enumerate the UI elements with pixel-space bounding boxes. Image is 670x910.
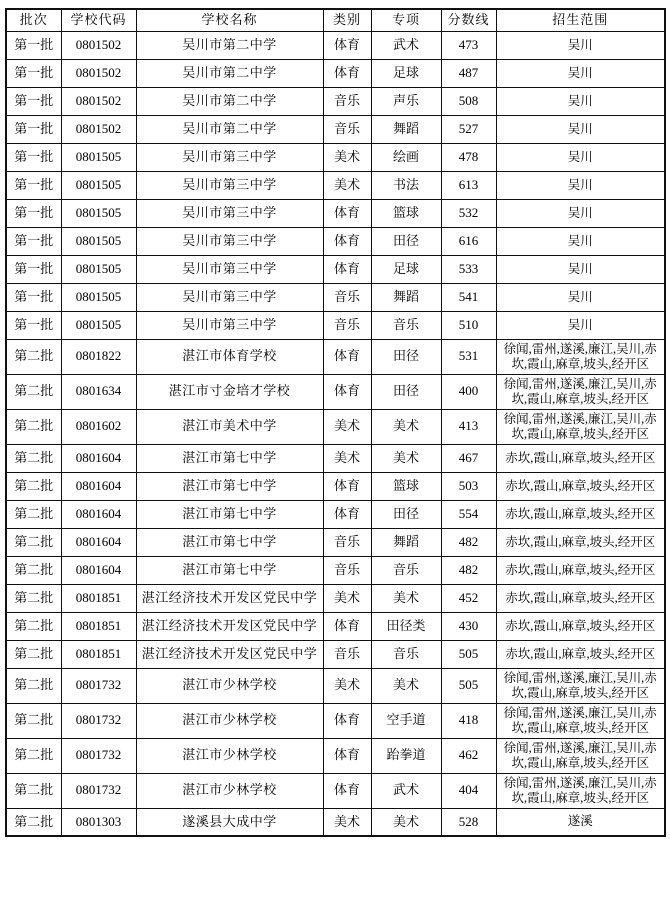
cell-school-code: 0801502 bbox=[61, 59, 136, 87]
table-row: 第二批0801604湛江市第七中学音乐舞蹈482赤坎,霞山,麻章,坡头,经开区 bbox=[6, 528, 665, 556]
cell-score-line: 478 bbox=[441, 143, 496, 171]
cell-score-line: 404 bbox=[441, 773, 496, 808]
cell-admission-area: 赤坎,霞山,麻章,坡头,经开区 bbox=[496, 640, 665, 668]
cell-category: 体育 bbox=[323, 500, 371, 528]
cell-school-name: 吴川市第三中学 bbox=[136, 227, 323, 255]
cell-batch: 第一批 bbox=[6, 171, 61, 199]
cell-school-code: 0801602 bbox=[61, 409, 136, 444]
cell-specialty: 足球 bbox=[371, 255, 441, 283]
cell-school-code: 0801634 bbox=[61, 374, 136, 409]
cell-batch: 第二批 bbox=[6, 808, 61, 836]
cell-batch: 第二批 bbox=[6, 444, 61, 472]
cell-score-line: 541 bbox=[441, 283, 496, 311]
cell-batch: 第二批 bbox=[6, 703, 61, 738]
cell-score-line: 510 bbox=[441, 311, 496, 339]
table-row: 第二批0801822湛江市体育学校体育田径531徐闻,雷州,遂溪,廉江,吴川,赤… bbox=[6, 339, 665, 374]
cell-school-name: 吴川市第三中学 bbox=[136, 255, 323, 283]
cell-school-name: 湛江市少林学校 bbox=[136, 773, 323, 808]
cell-specialty: 舞蹈 bbox=[371, 283, 441, 311]
cell-batch: 第二批 bbox=[6, 556, 61, 584]
header-cell-category: 类别 bbox=[323, 9, 371, 31]
cell-school-code: 0801505 bbox=[61, 227, 136, 255]
table-row: 第二批0801851湛江经济技术开发区党民中学音乐音乐505赤坎,霞山,麻章,坡… bbox=[6, 640, 665, 668]
cell-category: 体育 bbox=[323, 255, 371, 283]
cell-school-name: 湛江市第七中学 bbox=[136, 528, 323, 556]
cell-school-code: 0801604 bbox=[61, 500, 136, 528]
cell-admission-area: 吴川 bbox=[496, 87, 665, 115]
cell-specialty: 篮球 bbox=[371, 199, 441, 227]
header-cell-school-name: 学校名称 bbox=[136, 9, 323, 31]
cell-school-code: 0801732 bbox=[61, 773, 136, 808]
cell-school-name: 吴川市第二中学 bbox=[136, 59, 323, 87]
table-row: 第二批0801604湛江市第七中学体育田径554赤坎,霞山,麻章,坡头,经开区 bbox=[6, 500, 665, 528]
cell-batch: 第二批 bbox=[6, 472, 61, 500]
cell-score-line: 531 bbox=[441, 339, 496, 374]
cell-batch: 第一批 bbox=[6, 283, 61, 311]
cell-batch: 第一批 bbox=[6, 255, 61, 283]
table-row: 第一批0801502吴川市第二中学体育足球487吴川 bbox=[6, 59, 665, 87]
cell-category: 音乐 bbox=[323, 87, 371, 115]
table-header-row: 批次 学校代码 学校名称 类别 专项 分数线 招生范围 bbox=[6, 9, 665, 31]
cell-admission-area: 赤坎,霞山,麻章,坡头,经开区 bbox=[496, 556, 665, 584]
cell-category: 体育 bbox=[323, 227, 371, 255]
cell-score-line: 418 bbox=[441, 703, 496, 738]
cell-batch: 第一批 bbox=[6, 311, 61, 339]
cell-admission-area: 徐闻,雷州,遂溪,廉江,吴川,赤坎,霞山,麻章,坡头,经开区 bbox=[496, 738, 665, 773]
cell-category: 体育 bbox=[323, 703, 371, 738]
cell-category: 音乐 bbox=[323, 311, 371, 339]
cell-school-name: 吴川市第三中学 bbox=[136, 143, 323, 171]
cell-specialty: 美术 bbox=[371, 668, 441, 703]
cell-score-line: 505 bbox=[441, 640, 496, 668]
cell-batch: 第二批 bbox=[6, 612, 61, 640]
cell-school-name: 吴川市第三中学 bbox=[136, 311, 323, 339]
cell-score-line: 473 bbox=[441, 31, 496, 59]
cell-specialty: 田径 bbox=[371, 374, 441, 409]
cell-category: 音乐 bbox=[323, 115, 371, 143]
cell-category: 体育 bbox=[323, 31, 371, 59]
cell-batch: 第二批 bbox=[6, 668, 61, 703]
cell-category: 美术 bbox=[323, 584, 371, 612]
header-cell-batch: 批次 bbox=[6, 9, 61, 31]
cell-admission-area: 吴川 bbox=[496, 283, 665, 311]
cell-admission-area: 徐闻,雷州,遂溪,廉江,吴川,赤坎,霞山,麻章,坡头,经开区 bbox=[496, 374, 665, 409]
cell-admission-area: 吴川 bbox=[496, 311, 665, 339]
cell-admission-area: 赤坎,霞山,麻章,坡头,经开区 bbox=[496, 584, 665, 612]
cell-score-line: 487 bbox=[441, 59, 496, 87]
table-wrapper: 批次 学校代码 学校名称 类别 专项 分数线 招生范围 第一批0801502吴川… bbox=[0, 0, 670, 837]
table-row: 第一批0801505吴川市第三中学体育篮球532吴川 bbox=[6, 199, 665, 227]
cell-score-line: 613 bbox=[441, 171, 496, 199]
cell-specialty: 跆拳道 bbox=[371, 738, 441, 773]
table-row: 第二批0801732湛江市少林学校体育空手道418徐闻,雷州,遂溪,廉江,吴川,… bbox=[6, 703, 665, 738]
cell-category: 美术 bbox=[323, 171, 371, 199]
admission-scores-table: 批次 学校代码 学校名称 类别 专项 分数线 招生范围 第一批0801502吴川… bbox=[5, 8, 666, 837]
cell-admission-area: 徐闻,雷州,遂溪,廉江,吴川,赤坎,霞山,麻章,坡头,经开区 bbox=[496, 409, 665, 444]
cell-admission-area: 赤坎,霞山,麻章,坡头,经开区 bbox=[496, 500, 665, 528]
cell-score-line: 533 bbox=[441, 255, 496, 283]
cell-school-name: 湛江经济技术开发区党民中学 bbox=[136, 584, 323, 612]
cell-batch: 第二批 bbox=[6, 374, 61, 409]
cell-specialty: 足球 bbox=[371, 59, 441, 87]
cell-school-code: 0801822 bbox=[61, 339, 136, 374]
table-row: 第一批0801505吴川市第三中学美术绘画478吴川 bbox=[6, 143, 665, 171]
cell-school-code: 0801502 bbox=[61, 115, 136, 143]
cell-school-code: 0801604 bbox=[61, 472, 136, 500]
cell-batch: 第二批 bbox=[6, 339, 61, 374]
cell-batch: 第二批 bbox=[6, 528, 61, 556]
cell-school-code: 0801851 bbox=[61, 612, 136, 640]
cell-school-name: 湛江市第七中学 bbox=[136, 472, 323, 500]
cell-category: 美术 bbox=[323, 409, 371, 444]
cell-school-code: 0801851 bbox=[61, 640, 136, 668]
header-cell-specialty: 专项 bbox=[371, 9, 441, 31]
cell-school-name: 湛江市体育学校 bbox=[136, 339, 323, 374]
cell-admission-area: 赤坎,霞山,麻章,坡头,经开区 bbox=[496, 444, 665, 472]
cell-admission-area: 徐闻,雷州,遂溪,廉江,吴川,赤坎,霞山,麻章,坡头,经开区 bbox=[496, 339, 665, 374]
cell-school-name: 吴川市第三中学 bbox=[136, 171, 323, 199]
table-row: 第一批0801505吴川市第三中学音乐音乐510吴川 bbox=[6, 311, 665, 339]
cell-score-line: 482 bbox=[441, 556, 496, 584]
cell-score-line: 467 bbox=[441, 444, 496, 472]
cell-admission-area: 吴川 bbox=[496, 143, 665, 171]
table-row: 第二批0801634湛江市寸金培才学校体育田径400徐闻,雷州,遂溪,廉江,吴川… bbox=[6, 374, 665, 409]
cell-school-code: 0801303 bbox=[61, 808, 136, 836]
cell-school-name: 吴川市第三中学 bbox=[136, 283, 323, 311]
cell-admission-area: 吴川 bbox=[496, 171, 665, 199]
header-cell-school-code: 学校代码 bbox=[61, 9, 136, 31]
table-row: 第一批0801505吴川市第三中学美术书法613吴川 bbox=[6, 171, 665, 199]
cell-category: 音乐 bbox=[323, 640, 371, 668]
cell-school-name: 湛江市第七中学 bbox=[136, 556, 323, 584]
table-row: 第二批0801732湛江市少林学校美术美术505徐闻,雷州,遂溪,廉江,吴川,赤… bbox=[6, 668, 665, 703]
table-row: 第一批0801505吴川市第三中学体育田径616吴川 bbox=[6, 227, 665, 255]
cell-school-code: 0801505 bbox=[61, 283, 136, 311]
cell-score-line: 503 bbox=[441, 472, 496, 500]
cell-admission-area: 吴川 bbox=[496, 227, 665, 255]
header-cell-admission-area: 招生范围 bbox=[496, 9, 665, 31]
table-row: 第二批0801602湛江市美术中学美术美术413徐闻,雷州,遂溪,廉江,吴川,赤… bbox=[6, 409, 665, 444]
cell-category: 体育 bbox=[323, 199, 371, 227]
cell-admission-area: 赤坎,霞山,麻章,坡头,经开区 bbox=[496, 472, 665, 500]
cell-batch: 第二批 bbox=[6, 773, 61, 808]
cell-admission-area: 徐闻,雷州,遂溪,廉江,吴川,赤坎,霞山,麻章,坡头,经开区 bbox=[496, 668, 665, 703]
cell-specialty: 绘画 bbox=[371, 143, 441, 171]
cell-score-line: 505 bbox=[441, 668, 496, 703]
header-cell-score-line: 分数线 bbox=[441, 9, 496, 31]
cell-specialty: 武术 bbox=[371, 773, 441, 808]
cell-score-line: 616 bbox=[441, 227, 496, 255]
cell-admission-area: 徐闻,雷州,遂溪,廉江,吴川,赤坎,霞山,麻章,坡头,经开区 bbox=[496, 773, 665, 808]
cell-school-code: 0801604 bbox=[61, 444, 136, 472]
cell-school-code: 0801505 bbox=[61, 171, 136, 199]
cell-score-line: 532 bbox=[441, 199, 496, 227]
cell-specialty: 舞蹈 bbox=[371, 528, 441, 556]
table-row: 第一批0801502吴川市第二中学音乐声乐508吴川 bbox=[6, 87, 665, 115]
cell-school-name: 湛江市少林学校 bbox=[136, 668, 323, 703]
cell-batch: 第一批 bbox=[6, 143, 61, 171]
cell-category: 音乐 bbox=[323, 528, 371, 556]
cell-school-name: 湛江经济技术开发区党民中学 bbox=[136, 640, 323, 668]
cell-score-line: 430 bbox=[441, 612, 496, 640]
cell-specialty: 美术 bbox=[371, 409, 441, 444]
cell-school-name: 湛江市美术中学 bbox=[136, 409, 323, 444]
cell-admission-area: 吴川 bbox=[496, 199, 665, 227]
cell-school-name: 湛江市第七中学 bbox=[136, 500, 323, 528]
cell-batch: 第一批 bbox=[6, 31, 61, 59]
cell-category: 体育 bbox=[323, 738, 371, 773]
cell-school-code: 0801732 bbox=[61, 703, 136, 738]
cell-score-line: 452 bbox=[441, 584, 496, 612]
cell-batch: 第一批 bbox=[6, 115, 61, 143]
cell-admission-area: 遂溪 bbox=[496, 808, 665, 836]
table-row: 第二批0801604湛江市第七中学美术美术467赤坎,霞山,麻章,坡头,经开区 bbox=[6, 444, 665, 472]
cell-category: 体育 bbox=[323, 59, 371, 87]
table-row: 第二批0801732湛江市少林学校体育武术404徐闻,雷州,遂溪,廉江,吴川,赤… bbox=[6, 773, 665, 808]
cell-school-code: 0801502 bbox=[61, 87, 136, 115]
cell-school-code: 0801604 bbox=[61, 556, 136, 584]
cell-school-code: 0801851 bbox=[61, 584, 136, 612]
cell-school-code: 0801505 bbox=[61, 311, 136, 339]
cell-school-name: 湛江市第七中学 bbox=[136, 444, 323, 472]
cell-specialty: 田径 bbox=[371, 227, 441, 255]
cell-school-code: 0801502 bbox=[61, 31, 136, 59]
cell-score-line: 482 bbox=[441, 528, 496, 556]
cell-score-line: 400 bbox=[441, 374, 496, 409]
cell-batch: 第二批 bbox=[6, 584, 61, 612]
cell-score-line: 554 bbox=[441, 500, 496, 528]
cell-school-name: 湛江市少林学校 bbox=[136, 703, 323, 738]
cell-school-code: 0801505 bbox=[61, 199, 136, 227]
cell-school-name: 吴川市第二中学 bbox=[136, 115, 323, 143]
cell-school-name: 吴川市第二中学 bbox=[136, 31, 323, 59]
cell-specialty: 武术 bbox=[371, 31, 441, 59]
cell-batch: 第二批 bbox=[6, 409, 61, 444]
table-row: 第一批0801502吴川市第二中学体育武术473吴川 bbox=[6, 31, 665, 59]
cell-admission-area: 吴川 bbox=[496, 115, 665, 143]
cell-school-code: 0801732 bbox=[61, 738, 136, 773]
cell-batch: 第二批 bbox=[6, 500, 61, 528]
cell-specialty: 美术 bbox=[371, 808, 441, 836]
cell-specialty: 美术 bbox=[371, 444, 441, 472]
cell-specialty: 美术 bbox=[371, 584, 441, 612]
cell-batch: 第二批 bbox=[6, 738, 61, 773]
cell-category: 美术 bbox=[323, 668, 371, 703]
table-row: 第二批0801851湛江经济技术开发区党民中学体育田径类430赤坎,霞山,麻章,… bbox=[6, 612, 665, 640]
cell-specialty: 田径 bbox=[371, 339, 441, 374]
table-row: 第一批0801505吴川市第三中学音乐舞蹈541吴川 bbox=[6, 283, 665, 311]
cell-category: 体育 bbox=[323, 339, 371, 374]
cell-school-name: 湛江市少林学校 bbox=[136, 738, 323, 773]
cell-score-line: 527 bbox=[441, 115, 496, 143]
cell-admission-area: 吴川 bbox=[496, 59, 665, 87]
cell-school-name: 遂溪县大成中学 bbox=[136, 808, 323, 836]
cell-admission-area: 吴川 bbox=[496, 31, 665, 59]
cell-score-line: 508 bbox=[441, 87, 496, 115]
cell-specialty: 书法 bbox=[371, 171, 441, 199]
cell-specialty: 田径 bbox=[371, 500, 441, 528]
table-row: 第一批0801505吴川市第三中学体育足球533吴川 bbox=[6, 255, 665, 283]
cell-specialty: 音乐 bbox=[371, 311, 441, 339]
table-row: 第二批0801604湛江市第七中学音乐音乐482赤坎,霞山,麻章,坡头,经开区 bbox=[6, 556, 665, 584]
cell-category: 体育 bbox=[323, 773, 371, 808]
cell-batch: 第一批 bbox=[6, 199, 61, 227]
cell-score-line: 528 bbox=[441, 808, 496, 836]
cell-specialty: 田径类 bbox=[371, 612, 441, 640]
table-body: 第一批0801502吴川市第二中学体育武术473吴川第一批0801502吴川市第… bbox=[6, 31, 665, 836]
cell-school-name: 吴川市第二中学 bbox=[136, 87, 323, 115]
cell-admission-area: 吴川 bbox=[496, 255, 665, 283]
cell-admission-area: 赤坎,霞山,麻章,坡头,经开区 bbox=[496, 612, 665, 640]
cell-school-code: 0801505 bbox=[61, 143, 136, 171]
cell-specialty: 空手道 bbox=[371, 703, 441, 738]
cell-specialty: 音乐 bbox=[371, 640, 441, 668]
cell-specialty: 篮球 bbox=[371, 472, 441, 500]
cell-batch: 第一批 bbox=[6, 59, 61, 87]
cell-specialty: 舞蹈 bbox=[371, 115, 441, 143]
cell-batch: 第一批 bbox=[6, 227, 61, 255]
cell-category: 体育 bbox=[323, 472, 371, 500]
cell-school-code: 0801604 bbox=[61, 528, 136, 556]
cell-school-name: 吴川市第三中学 bbox=[136, 199, 323, 227]
cell-batch: 第二批 bbox=[6, 640, 61, 668]
table-row: 第二批0801604湛江市第七中学体育篮球503赤坎,霞山,麻章,坡头,经开区 bbox=[6, 472, 665, 500]
cell-specialty: 声乐 bbox=[371, 87, 441, 115]
document-page: 批次 学校代码 学校名称 类别 专项 分数线 招生范围 第一批0801502吴川… bbox=[0, 0, 670, 910]
table-row: 第二批0801303遂溪县大成中学美术美术528遂溪 bbox=[6, 808, 665, 836]
cell-category: 美术 bbox=[323, 444, 371, 472]
table-row: 第二批0801732湛江市少林学校体育跆拳道462徐闻,雷州,遂溪,廉江,吴川,… bbox=[6, 738, 665, 773]
cell-category: 美术 bbox=[323, 808, 371, 836]
cell-specialty: 音乐 bbox=[371, 556, 441, 584]
cell-admission-area: 徐闻,雷州,遂溪,廉江,吴川,赤坎,霞山,麻章,坡头,经开区 bbox=[496, 703, 665, 738]
cell-school-name: 湛江市寸金培才学校 bbox=[136, 374, 323, 409]
cell-category: 体育 bbox=[323, 612, 371, 640]
cell-admission-area: 赤坎,霞山,麻章,坡头,经开区 bbox=[496, 528, 665, 556]
cell-category: 美术 bbox=[323, 143, 371, 171]
cell-school-code: 0801505 bbox=[61, 255, 136, 283]
cell-score-line: 413 bbox=[441, 409, 496, 444]
cell-batch: 第一批 bbox=[6, 87, 61, 115]
cell-school-name: 湛江经济技术开发区党民中学 bbox=[136, 612, 323, 640]
cell-category: 音乐 bbox=[323, 556, 371, 584]
cell-category: 体育 bbox=[323, 374, 371, 409]
cell-school-code: 0801732 bbox=[61, 668, 136, 703]
cell-category: 音乐 bbox=[323, 283, 371, 311]
cell-score-line: 462 bbox=[441, 738, 496, 773]
table-row: 第一批0801502吴川市第二中学音乐舞蹈527吴川 bbox=[6, 115, 665, 143]
table-row: 第二批0801851湛江经济技术开发区党民中学美术美术452赤坎,霞山,麻章,坡… bbox=[6, 584, 665, 612]
